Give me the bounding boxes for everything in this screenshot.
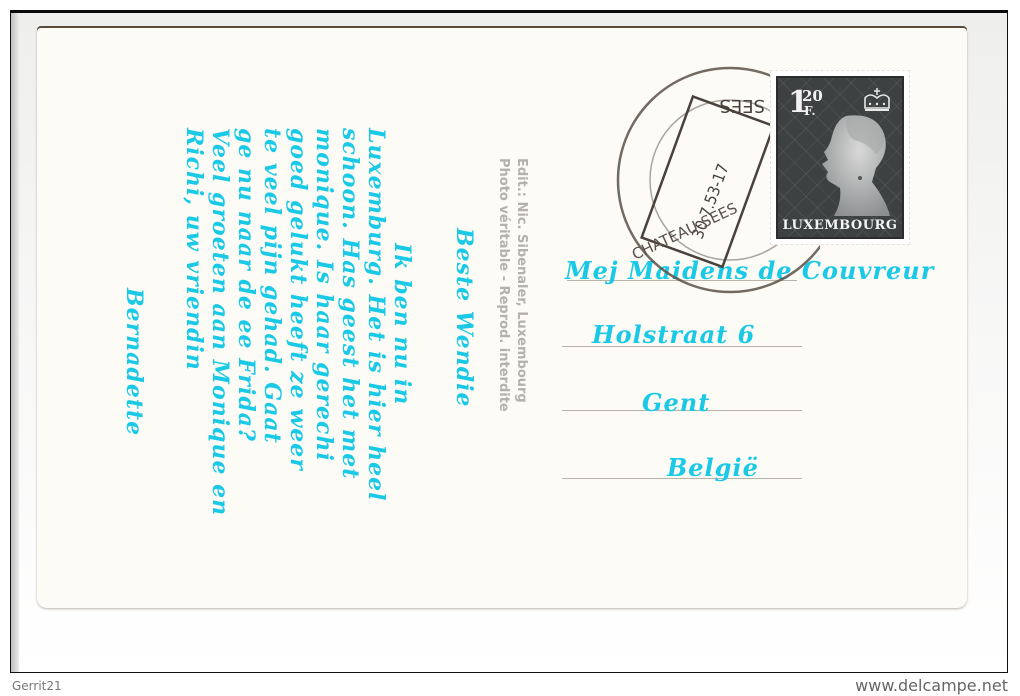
portrait-icon [806, 112, 896, 216]
postmark-place-top: SEES [719, 95, 765, 116]
postage-stamp: 1 20 F. LUXEMBOURG [770, 70, 910, 245]
message-greeting: Beste Wendie [451, 228, 477, 407]
message-line: Ik ben nu in [389, 243, 415, 405]
message-line: te veel pijn gehad. Gaat [259, 128, 285, 444]
address-street: Holstraat 6 [592, 320, 755, 349]
publisher-line-2: Photo véritable - Reprod. interdite [496, 158, 511, 412]
message-line: Luxemburg. Het is hier heel [363, 128, 389, 501]
message-signature: Bernadette [121, 288, 147, 436]
address-country: België [667, 453, 759, 482]
message-line: goed gelukt heeft ze weer [285, 128, 311, 471]
crown-icon [862, 88, 892, 114]
message-line: monique. Is haar gerechi [311, 128, 337, 462]
stamp-country: LUXEMBOURG [778, 218, 902, 233]
site-watermark[interactable]: www.delcampe.net [855, 676, 1008, 695]
stamp-value-fraction: 20 [802, 88, 823, 104]
publisher-line-1: Edit.: Nic. Sibenaler, Luxembourg [514, 158, 529, 403]
uploader-name: Gerrit21 [12, 679, 62, 693]
message-line: ge nu naar de ee Frida? [233, 128, 259, 442]
message-line: Richi, uw vriendin [181, 128, 207, 371]
stamp-design: 1 20 F. LUXEMBOURG [776, 76, 904, 239]
address-city: Gent [642, 388, 710, 417]
message-line: Veel groeten aan Monique en [207, 128, 233, 516]
message-line: schoon. Has geest het met [337, 128, 363, 479]
